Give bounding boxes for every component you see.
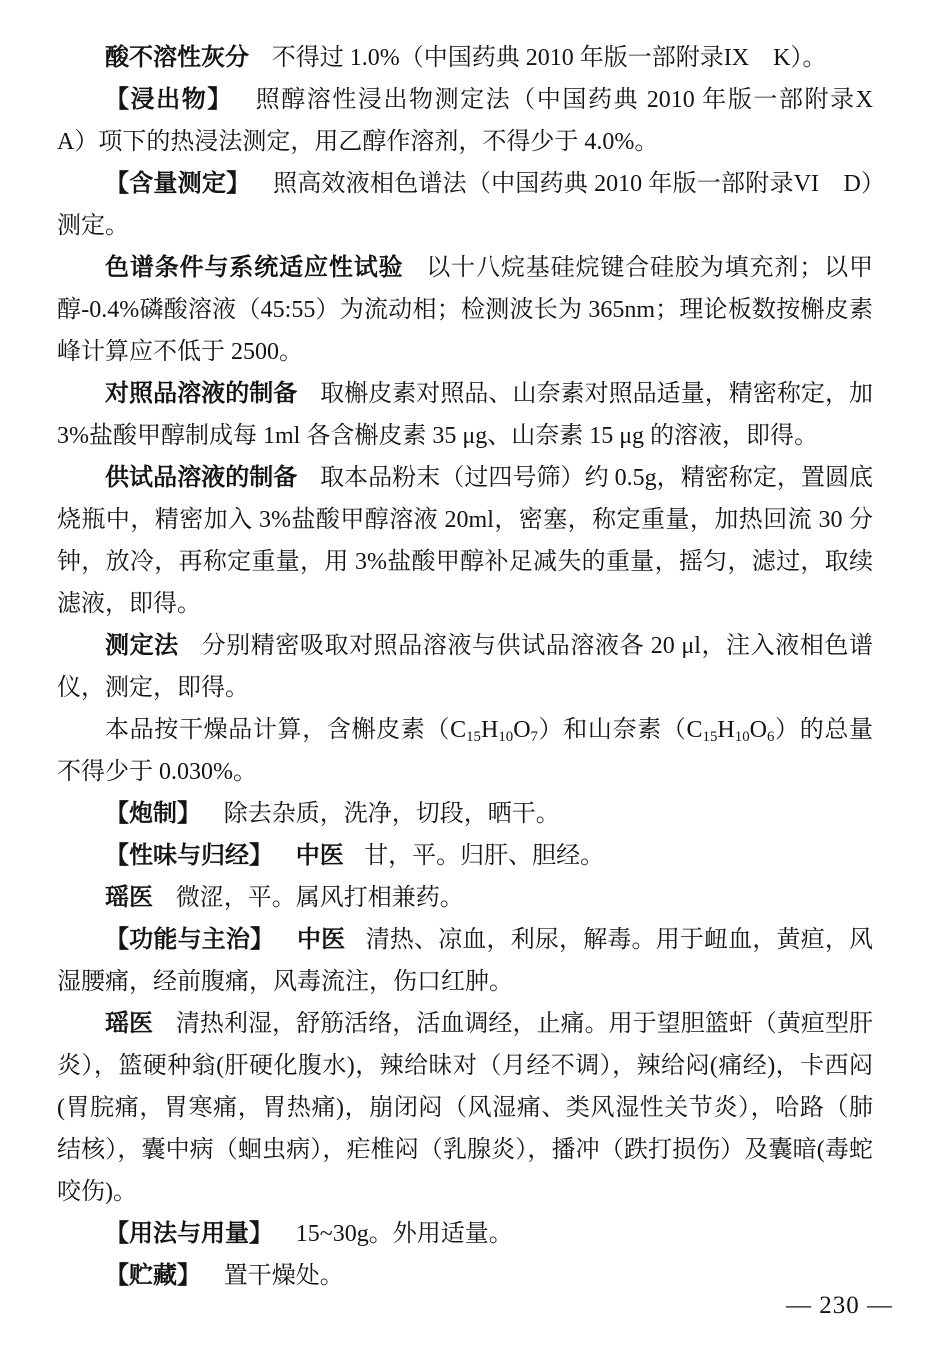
paragraph-assay: 【含量测定】照高效液相色谱法（中国药典 2010 年版一部附录VI D）测定。 — [57, 163, 873, 247]
paragraph-reference-solution: 对照品溶液的制备取槲皮素对照品、山奈素对照品适量，精密称定，加 3%盐酸甲醇制成… — [57, 373, 873, 457]
subsection-label-yao-medicine: 瑶医 — [105, 1011, 153, 1037]
formula-subscript: 10 — [498, 729, 513, 745]
formula-subscript: 15 — [466, 729, 481, 745]
paragraph-acid-insoluble-ash: 酸不溶性灰分不得过 1.0%（中国药典 2010 年版一部附录IX K）。 — [57, 37, 873, 79]
paragraph-text: 本品按干燥品计算，含槲皮素（C — [105, 717, 466, 743]
section-label: 【性味与归经】 — [105, 843, 273, 869]
paragraph-text: 微涩，平。属风打相兼药。 — [176, 885, 464, 911]
paragraph-text: 不得过 1.0%（中国药典 2010 年版一部附录IX K）。 — [272, 45, 827, 71]
subsection-label-chinese-medicine: 中医 — [296, 843, 344, 869]
paragraph-yao-medicine-property: 瑶医微涩，平。属风打相兼药。 — [57, 877, 873, 919]
page-number: — 230 — — [786, 1291, 893, 1321]
formula-element: O — [513, 717, 530, 743]
paragraph-text: 分别精密吸取对照品溶液与供试品溶液各 20 μl，注入液相色谱仪，测定，即得。 — [57, 633, 873, 701]
paragraph-dosage: 【用法与用量】15~30g。外用适量。 — [57, 1213, 873, 1255]
paragraph-text: ）和山奈素（C — [538, 717, 703, 743]
formula-subscript: 15 — [703, 729, 718, 745]
section-label: 【浸出物】 — [105, 87, 233, 113]
formula-subscript: 10 — [735, 729, 750, 745]
subsection-label-chinese-medicine: 中医 — [297, 927, 345, 953]
section-label: 【炮制】 — [105, 801, 201, 827]
subsection-label-yao-medicine: 瑶医 — [105, 885, 153, 911]
formula-element: O — [750, 717, 767, 743]
paragraph-content-limit: 本品按干燥品计算，含槲皮素（C15H10O7）和山奈素（C15H10O6）的总量… — [57, 709, 873, 793]
paragraph-property-meridian: 【性味与归经】中医甘，平。归肝、胆经。 — [57, 835, 873, 877]
paragraph-text: 清热利湿，舒筋活络，活血调经，止痛。用于望胆篮虷（黄疸型肝炎），篮硬种翁(肝硬化… — [57, 1011, 873, 1205]
paragraph-test-solution: 供试品溶液的制备取本品粉末（过四号筛）约 0.5g，精密称定，置圆底烧瓶中，精密… — [57, 457, 873, 625]
section-label: 供试品溶液的制备 — [105, 465, 297, 491]
paragraph-yao-medicine-indications: 瑶医清热利湿，舒筋活络，活血调经，止痛。用于望胆篮虷（黄疸型肝炎），篮硬种翁(肝… — [57, 1003, 873, 1213]
paragraph-chromatographic-conditions: 色谱条件与系统适应性试验以十八烷基硅烷键合硅胶为填充剂；以甲醇-0.4%磷酸溶液… — [57, 247, 873, 373]
document-page: 酸不溶性灰分不得过 1.0%（中国药典 2010 年版一部附录IX K）。 【浸… — [0, 0, 927, 1353]
paragraph-determination-method: 测定法分别精密吸取对照品溶液与供试品溶液各 20 μl，注入液相色谱仪，测定，即… — [57, 625, 873, 709]
section-label: 酸不溶性灰分 — [105, 45, 249, 71]
formula-subscript: 7 — [531, 729, 538, 745]
section-label: 【含量测定】 — [105, 171, 250, 197]
paragraph-functions-indications: 【功能与主治】中医清热、凉血，利尿，解毒。用于衄血，黄疸，风湿腰痛，经前腹痛，风… — [57, 919, 873, 1003]
paragraph-storage: 【贮藏】置干燥处。 — [57, 1255, 873, 1297]
formula-element: H — [481, 717, 498, 743]
section-label: 【功能与主治】 — [105, 927, 274, 953]
section-label: 色谱条件与系统适应性试验 — [105, 255, 403, 281]
section-label: 【用法与用量】 — [105, 1221, 273, 1247]
paragraph-text: 15~30g。外用适量。 — [296, 1221, 513, 1247]
paragraph-text: 甘，平。归肝、胆经。 — [364, 843, 604, 869]
paragraph-text: 置干燥处。 — [224, 1263, 344, 1289]
paragraph-extractives: 【浸出物】照醇溶性浸出物测定法（中国药典 2010 年版一部附录X A）项下的热… — [57, 79, 873, 163]
document-body: 酸不溶性灰分不得过 1.0%（中国药典 2010 年版一部附录IX K）。 【浸… — [57, 37, 873, 1297]
section-label: 【贮藏】 — [105, 1263, 201, 1289]
paragraph-processing: 【炮制】除去杂质，洗净，切段，晒干。 — [57, 793, 873, 835]
section-label: 测定法 — [105, 633, 179, 659]
section-label: 对照品溶液的制备 — [105, 381, 297, 407]
formula-element: H — [717, 717, 734, 743]
paragraph-text: 除去杂质，洗净，切段，晒干。 — [224, 801, 560, 827]
